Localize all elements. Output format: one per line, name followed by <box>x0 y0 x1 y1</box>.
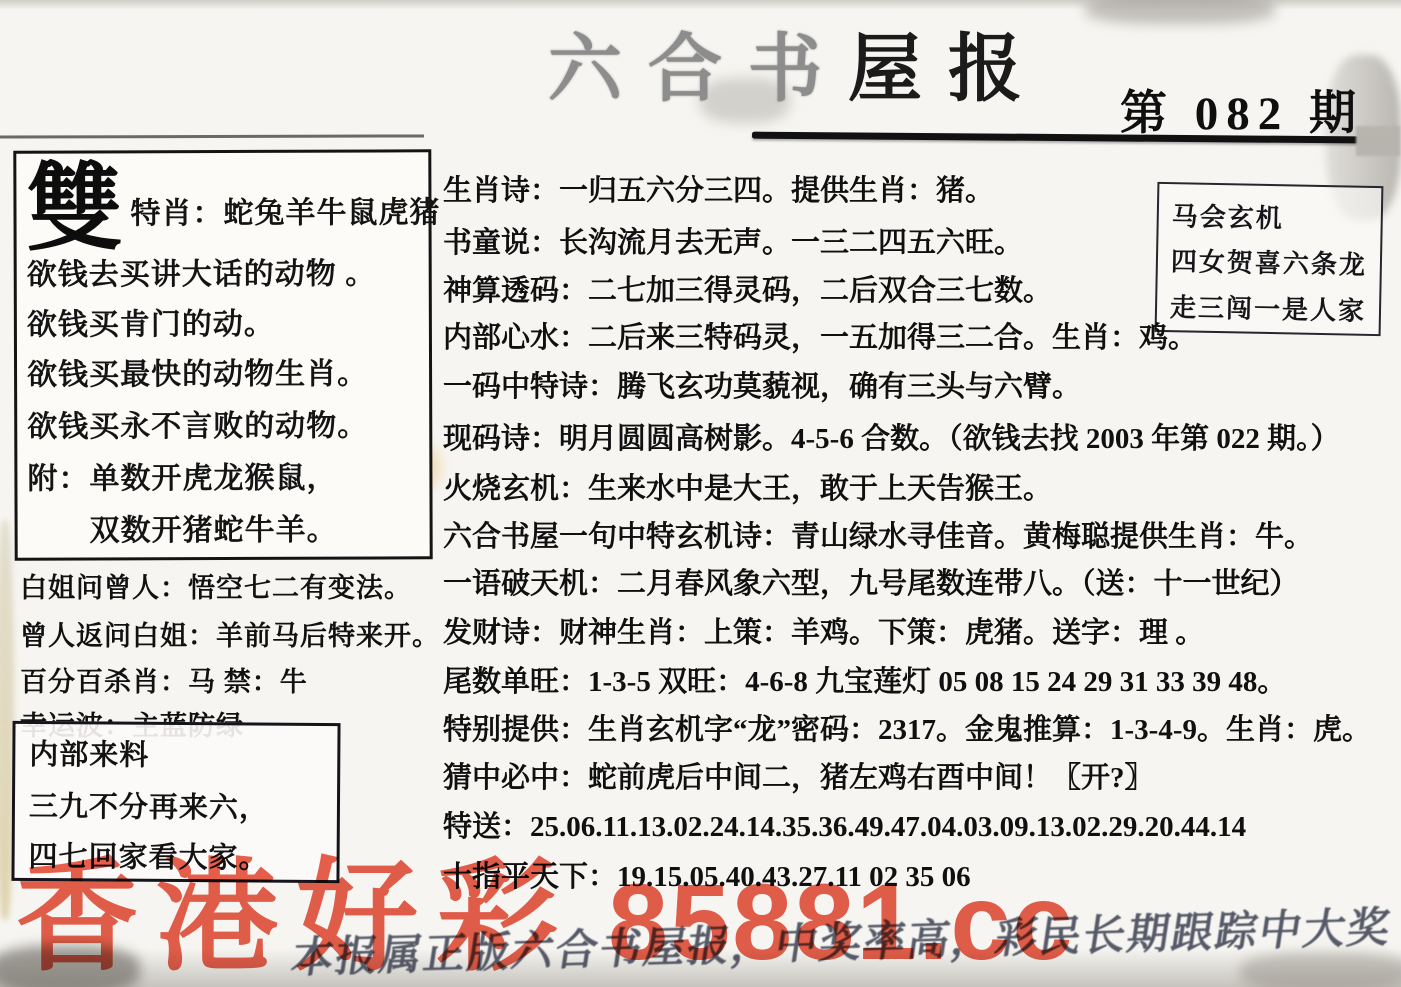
watermark-chinese: 香港好彩 <box>16 849 576 985</box>
zodiac-poem-line: 生肖诗：一归五六分三四。提供生肖：猪。 <box>443 168 994 209</box>
sister-bai-line: 白姐问曾人：悟空七二有变法。 <box>20 566 412 605</box>
scan-smudge-top-right <box>1085 0 1275 24</box>
money-clue-line: 欲钱买最快的动物生肖。 <box>27 348 368 393</box>
kill-zodiac-line: 百分百杀肖：马 禁：牛 <box>20 660 308 699</box>
sure-win-line: 猜中必中：蛇前虎后中间二，猪左鸡右酉中间！〖开?〗 <box>443 755 1154 796</box>
special-zodiac-label: 特肖：蛇兔羊牛鼠虎猪 <box>130 196 440 230</box>
watermark-site-code: 85881.cc <box>576 861 1074 982</box>
insider-info-title: 内部来料 <box>29 732 149 774</box>
newspaper-title: 六合书屋报 <box>548 10 1048 116</box>
odd-numbers-note: 附：单数开虎龙猴鼠， <box>27 453 337 498</box>
zeng-ren-line: 曾人返问白姐：羊前马后特来开。 <box>20 614 440 653</box>
money-clue-line: 欲钱去买讲大话的动物 。 <box>27 248 377 293</box>
jockey-club-mystery-box: 马会玄机 四女贺喜六条龙 走三闯一是人家 <box>1155 182 1384 336</box>
one-code-poem-line: 一码中特诗：腾飞玄功莫藐视，确有三头与六臂。 <box>443 364 1081 405</box>
header-rule-left <box>0 134 424 138</box>
newspaper-title-light-part: 六合书 <box>548 29 848 111</box>
scanned-lottery-sheet: { "page": { "title_light": "六合书", "title… <box>0 0 1401 987</box>
insider-info-line: 三九不分再来六， <box>29 784 269 827</box>
special-offer-line: 特别提供：生肖玄机字“龙”密码：2317。金鬼推算：1-3-4-9。生肖：虎。 <box>443 707 1371 748</box>
tail-numbers-line: 尾数单旺：1-3-5 双旺：4-6-8 九宝莲灯 05 08 15 24 29 … <box>443 659 1286 700</box>
secret-reveal-line: 一语破天机：二月春风象六型，九号尾数连带八。（送：十一世纪） <box>443 561 1299 602</box>
even-numbers-note: 双数开猪蛇牛羊。 <box>90 505 338 550</box>
special-zodiac-header: 雙特肖：蛇兔羊牛鼠虎猪 <box>26 160 440 257</box>
fire-mystery-line: 火烧玄机：生来水中是大王，敢于上天告猴王。 <box>443 466 1052 507</box>
header-rule-end-smudge <box>1356 126 1400 156</box>
double-character: 雙 <box>26 155 122 262</box>
mystery-box-line: 四女贺喜六条龙 <box>1171 241 1368 282</box>
book-boy-line: 书童说：长沟流月去无声。一三二四五六旺。 <box>443 220 1023 261</box>
house-mystery-poem-line: 六合书屋一句中特玄机诗：青山绿水寻佳音。黄梅聪提供生肖：牛。 <box>443 514 1313 555</box>
internal-tip-line: 内部心水：二后来三特码灵，一五加得三二合。生肖：鸡。 <box>443 315 1197 356</box>
special-numbers-line: 特送：25.06.11.13.02.24.14.35.36.49.47.04.0… <box>443 804 1246 845</box>
special-zodiac-box: 雙特肖：蛇兔羊牛鼠虎猪 欲钱去买讲大话的动物 。 欲钱买肯门的动。 欲钱买最快的… <box>13 149 432 560</box>
divine-code-line: 神算透码：二七加三得灵码，二后双合三七数。 <box>443 268 1052 309</box>
site-watermark: 香港好彩 85881.cc <box>16 856 1074 978</box>
issue-number: 第 082 期 <box>1120 76 1364 143</box>
mystery-box-title: 马会玄机 <box>1171 196 1284 235</box>
money-clue-line: 欲钱买永不言败的动物。 <box>27 400 368 445</box>
fortune-poem-line: 发财诗：财神生肖：上策：羊鸡。下策：虎猪。送字：理 。 <box>443 610 1204 651</box>
newspaper-title-dark-part: 屋报 <box>848 29 1048 111</box>
mystery-box-line: 走三闯一是人家 <box>1170 287 1367 328</box>
current-code-poem-line: 现码诗：明月圆圆高树影。4-5-6 合数。（欲钱去找 2003 年第 022 期… <box>443 416 1340 457</box>
money-clue-line: 欲钱买肯门的动。 <box>27 299 275 344</box>
